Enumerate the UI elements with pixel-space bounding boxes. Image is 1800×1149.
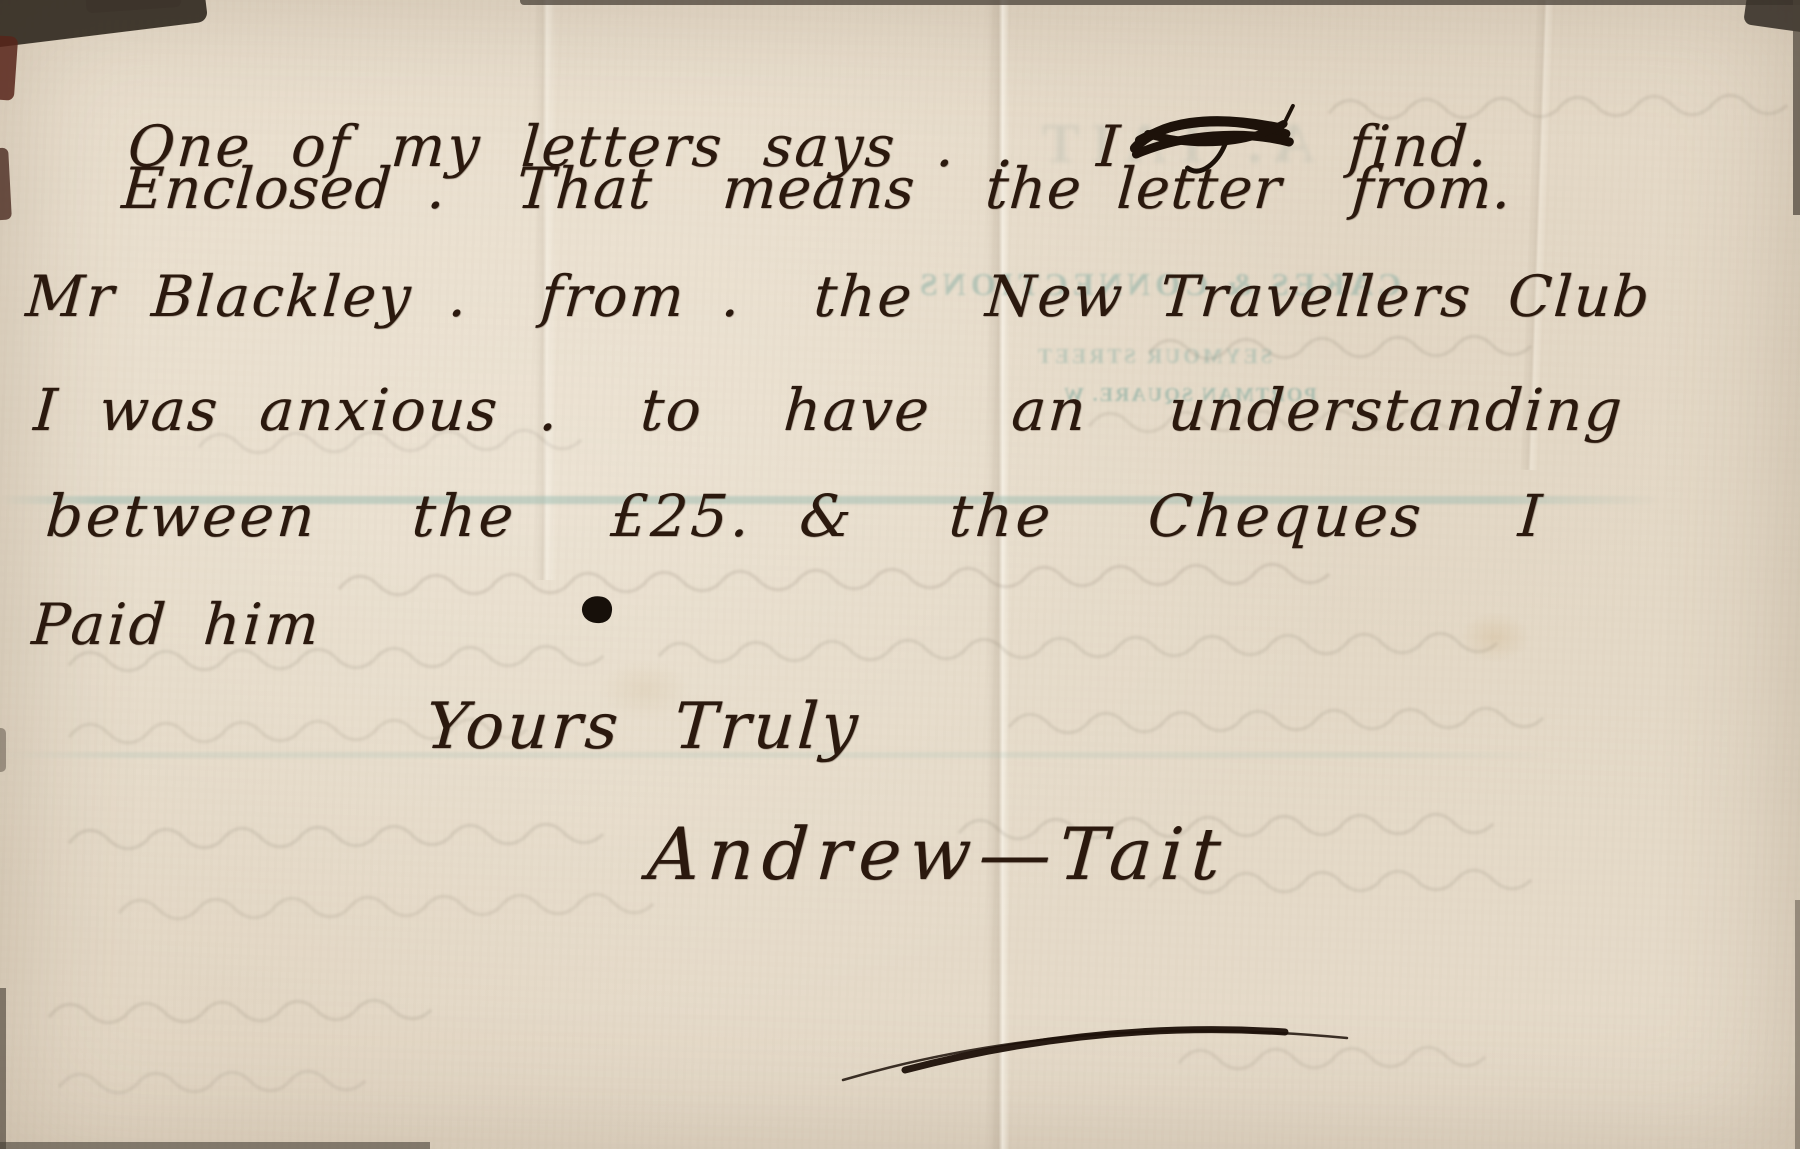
scan-edge-bottom <box>0 1142 430 1149</box>
signature-flourish <box>835 1008 1355 1088</box>
scan-edge-bottom-left <box>0 988 6 1149</box>
letter-line-6: Paid him <box>30 592 324 658</box>
scan-edge-left-mark-1 <box>0 35 18 101</box>
scan-edge-left-mark-3 <box>0 728 6 772</box>
paper-stain <box>1460 612 1530 662</box>
ink-blot <box>580 593 615 626</box>
scan-edge-top-left-2 <box>85 0 181 13</box>
letter-closing: Yours Truly <box>423 690 863 764</box>
scan-edge-right-lower <box>1795 900 1800 1149</box>
letter-line-2: Enclosed . That means the letter from. <box>120 156 1514 222</box>
letter-line-5: between the £25. & the Cheques I <box>44 482 1547 550</box>
scan-edge-left-mark-2 <box>0 148 12 221</box>
scan-edge-top <box>520 0 1800 5</box>
scan-edge-right <box>1793 0 1800 215</box>
scan-edge-top-right <box>1743 0 1800 36</box>
letter-scan: { "letter": { "line1_pre": "One of my le… <box>0 0 1800 1149</box>
letter-line-4: I was anxious . to have an understanding <box>32 376 1626 444</box>
letter-line-3: Mr Blackley . from . the New Travellers … <box>24 264 1654 330</box>
bleedthrough-letterhead-row2: SEYMOUR STREET <box>1035 344 1272 369</box>
letter-signature: Andrew—Tait <box>645 812 1231 896</box>
